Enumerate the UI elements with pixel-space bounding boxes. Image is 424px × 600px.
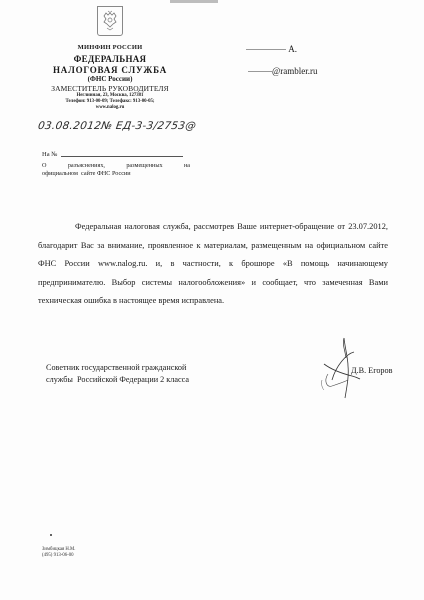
scan-artifact — [170, 0, 218, 3]
agency-name-line1: ФЕДЕРАЛЬНАЯ — [22, 54, 198, 65]
subject-line2: официальном сайте ФНС России — [42, 170, 190, 178]
scan-dot — [50, 534, 52, 536]
recipient-email-suffix: @rambler.ru — [272, 66, 318, 76]
subject-word: размещенных — [126, 162, 162, 170]
agency-name-line2: НАЛОГОВАЯ СЛУЖБА — [22, 65, 198, 76]
reference-line: На № — [42, 151, 183, 158]
russian-coat-of-arms-icon — [97, 6, 123, 36]
reference-label: На № — [42, 151, 57, 158]
subject-word: на — [184, 162, 190, 170]
subject-word: разъяснениях, — [68, 162, 105, 170]
subject-word: О — [42, 162, 46, 170]
registration-number: 03.08.2012№ ЕД-3-3/2753@ — [37, 120, 197, 132]
letter-subject: О разъяснениях, размещенных на официальн… — [42, 162, 190, 179]
letter-body: Федеральная налоговая служба, рассмотрев… — [38, 218, 388, 311]
signer-title: Советник государственной гражданской слу… — [46, 362, 189, 385]
recipient-name-suffix: А. — [288, 44, 297, 54]
agency-website: www.nalog.ru — [22, 105, 198, 111]
reference-blank — [61, 156, 183, 157]
recipient-name: А. — [246, 44, 297, 54]
redacted-email-line — [248, 71, 272, 72]
letterhead: МИНФИН РОССИИ ФЕДЕРАЛЬНАЯ НАЛОГОВАЯ СЛУЖ… — [22, 44, 198, 111]
recipient-email: @rambler.ru — [248, 66, 318, 76]
ministry-name: МИНФИН РОССИИ — [22, 44, 198, 52]
position-title: ЗАМЕСТИТЕЛЬ РУКОВОДИТЕЛЯ — [22, 84, 198, 93]
signer-name: Д.В. Егоров — [351, 366, 393, 375]
redacted-name-line — [246, 49, 286, 50]
agency-abbreviation: (ФНС России) — [22, 75, 198, 83]
signer-title-line1: Советник государственной гражданской — [46, 362, 189, 374]
executor-info: Зимбицкая Н.М. (495) 913-06-00 — [42, 547, 76, 560]
signer-title-line2: службы Российской Федерации 2 класса — [46, 374, 189, 386]
executor-phone: (495) 913-06-00 — [42, 553, 76, 559]
